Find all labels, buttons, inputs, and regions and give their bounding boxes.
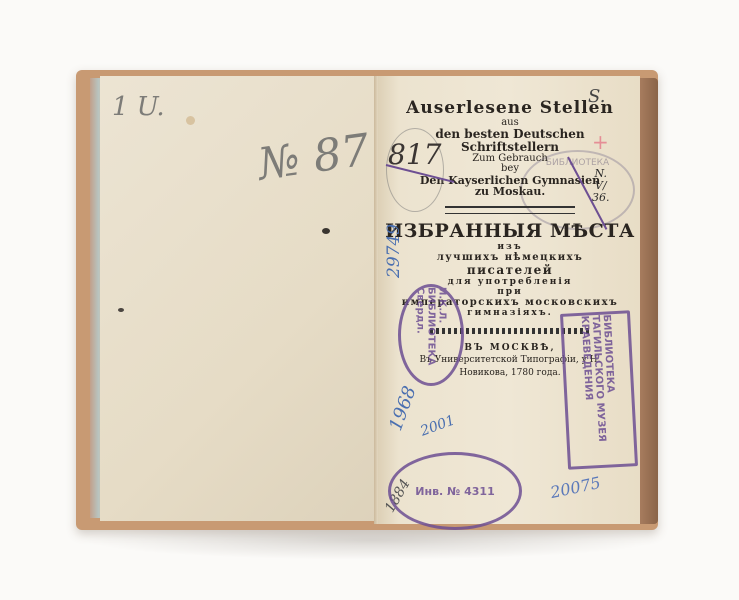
russian-line: изъ bbox=[385, 242, 635, 252]
russian-line: писателей bbox=[385, 263, 635, 277]
red-cross-mark: + bbox=[592, 130, 609, 154]
inventory-stamp: Инв. № 4311 bbox=[388, 452, 522, 530]
cover-edge bbox=[640, 78, 658, 524]
fraction-line: 36. bbox=[592, 192, 610, 204]
pencil-note-top: 1 U. bbox=[112, 92, 165, 122]
fraction-mark: N. V/ 36. bbox=[592, 168, 610, 204]
stain-spot bbox=[186, 116, 195, 125]
ornament-rule bbox=[445, 206, 575, 214]
museum-library-stamp: БИБЛИОТЕКА ТАГИЛЬСКОГО МУЗЕЯ КРАЕВЕДЕНИЯ bbox=[560, 310, 638, 469]
ink-spot bbox=[322, 228, 330, 234]
russian-line: лучшихъ нѣмецкихъ bbox=[385, 252, 635, 263]
signature-mark: S. bbox=[588, 86, 605, 107]
blue-inventory-number: 29749 bbox=[384, 224, 404, 278]
russian-title: ИЗБРАННЫЯ МѢСТА bbox=[385, 220, 635, 242]
ink-spot bbox=[118, 308, 124, 312]
library-stamp-oval: И.К.Л. БИБЛИОТЕКА Свердл. bbox=[398, 284, 464, 386]
